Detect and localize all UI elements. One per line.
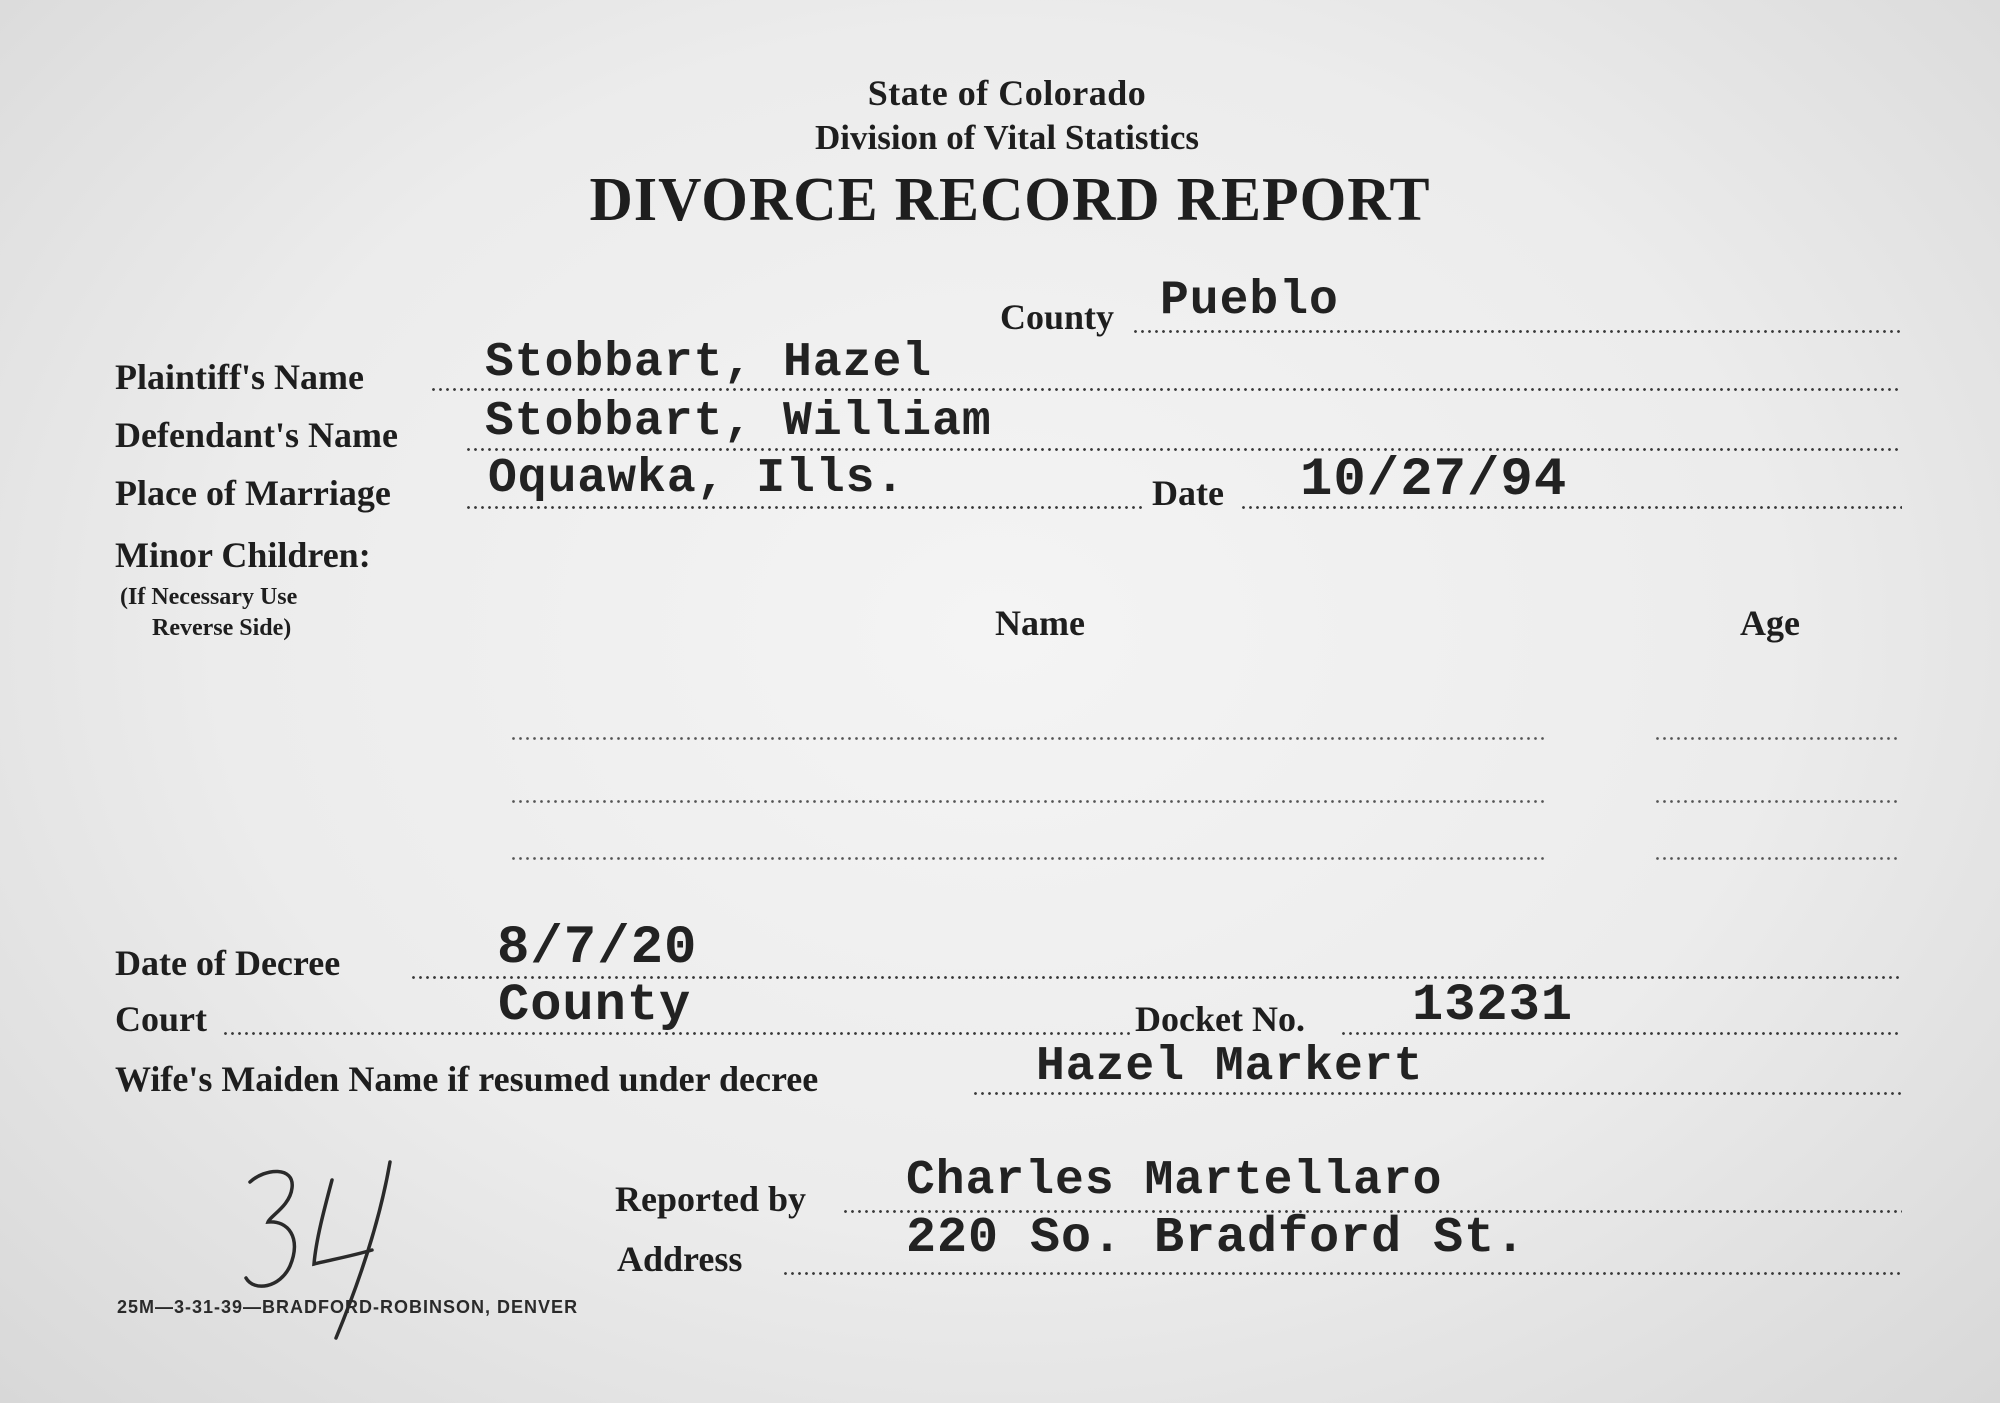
defendant-label: Defendant's Name <box>115 414 398 456</box>
plaintiff-value[interactable]: Stobbart, Hazel <box>485 336 932 390</box>
county-value[interactable]: Pueblo <box>1160 274 1339 328</box>
county-label: County <box>1000 296 1114 338</box>
date-of-decree-label: Date of Decree <box>115 942 340 984</box>
children-name-header: Name <box>995 602 1085 644</box>
child-1-age-line[interactable] <box>1654 737 1900 740</box>
child-3-name-line[interactable] <box>510 857 1547 860</box>
address-label: Address <box>617 1238 742 1280</box>
page-title: DIVORCE RECORD REPORT <box>589 163 1430 235</box>
minor-children-note-1: (If Necessary Use <box>120 582 297 613</box>
child-2-age-line[interactable] <box>1654 800 1900 803</box>
printer-imprint: 25M—3-31-39—BRADFORD-ROBINSON, DENVER <box>117 1297 578 1318</box>
county-line <box>1132 330 1902 333</box>
court-label: Court <box>115 998 207 1040</box>
place-of-marriage-value[interactable]: Oquawka, Ills. <box>488 452 905 506</box>
address-value[interactable]: 220 So. Bradford St. <box>906 1210 1526 1267</box>
reported-by-label: Reported by <box>615 1178 806 1220</box>
defendant-value[interactable]: Stobbart, William <box>485 395 992 449</box>
child-2-name-line[interactable] <box>510 800 1547 803</box>
address-line <box>782 1272 1902 1275</box>
header-division: Division of Vital Statistics <box>815 118 1199 158</box>
plaintiff-label: Plaintiff's Name <box>115 356 364 398</box>
docket-label: Docket No. <box>1135 998 1305 1040</box>
child-1-name-line[interactable] <box>510 737 1547 740</box>
children-age-header: Age <box>1740 602 1800 644</box>
place-of-marriage-label: Place of Marriage <box>115 472 391 514</box>
marriage-date-value[interactable]: 10/27/94 <box>1300 450 1567 511</box>
maiden-name-value[interactable]: Hazel Markert <box>1036 1040 1423 1094</box>
minor-children-note-2: Reverse Side) <box>152 613 291 644</box>
court-value[interactable]: County <box>498 976 691 1035</box>
header-state: State of Colorado <box>868 72 1146 114</box>
date-of-decree-value[interactable]: 8/7/20 <box>497 918 697 979</box>
child-3-age-line[interactable] <box>1654 857 1900 860</box>
maiden-name-label: Wife's Maiden Name if resumed under decr… <box>115 1058 818 1100</box>
docket-value[interactable]: 13231 <box>1412 976 1573 1035</box>
marriage-date-label: Date <box>1152 472 1224 514</box>
place-of-marriage-line <box>465 506 1145 509</box>
minor-children-label: Minor Children: <box>115 534 371 576</box>
reported-by-value[interactable]: Charles Martellaro <box>906 1154 1442 1208</box>
